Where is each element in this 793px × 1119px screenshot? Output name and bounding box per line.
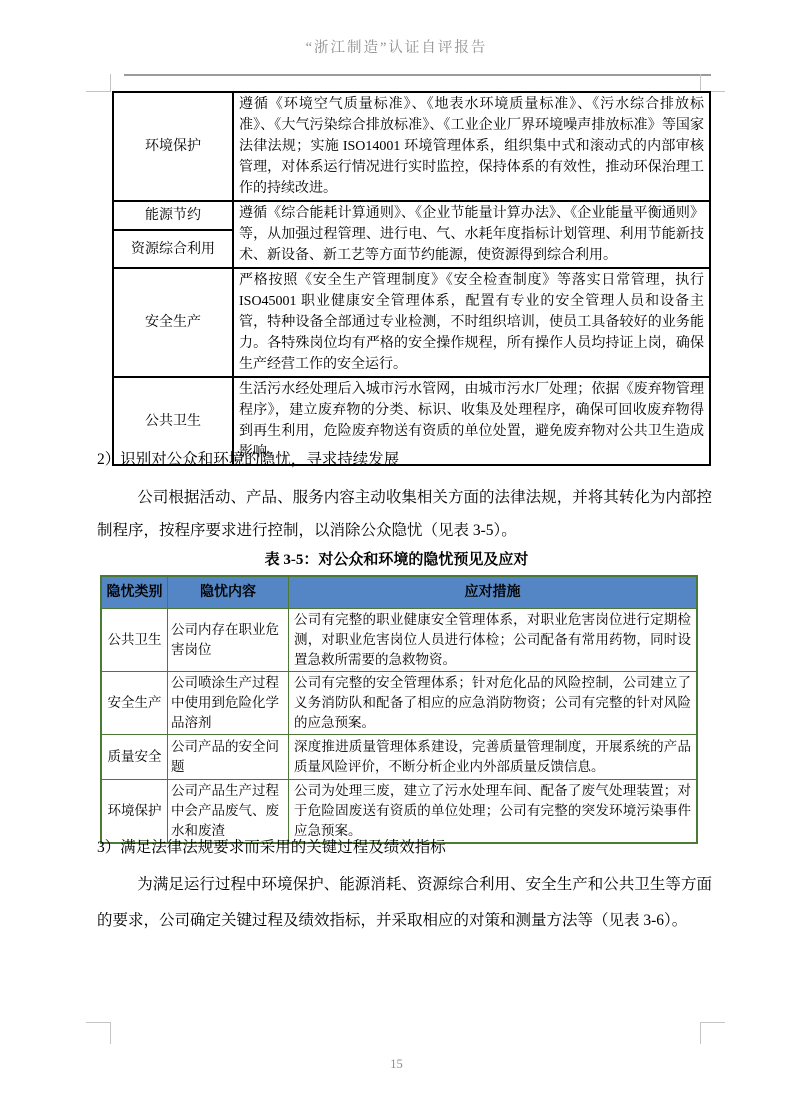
concern-category: 公共卫生 (101, 609, 168, 672)
section-2: 2）识别对公众和环境的隐忧，寻求持续发展 公司根据活动、产品、服务内容主动收集相… (97, 448, 712, 547)
table-header-row: 隐忧类别 隐忧内容 应对措施 (101, 576, 697, 609)
row-label: 能源节约 (113, 201, 233, 230)
page-number: 15 (0, 1057, 793, 1072)
row-label: 资源综合利用 (113, 230, 233, 268)
column-header: 隐忧类别 (101, 576, 168, 609)
margin-mark-bottom-right (700, 1022, 725, 1044)
row-content: 遵循《综合能耗计算通则》、《企业节能量计算办法》、《企业能量平衡通则》等，从加强… (233, 201, 710, 268)
column-header: 隐忧内容 (168, 576, 289, 609)
table-row: 安全生产 严格按照《安全生产管理制度》《安全检查制度》等落实日常管理，执行 IS… (113, 268, 710, 377)
section-3-paragraph: 为满足运行过程中环境保护、能源消耗、资源综合利用、安全生产和公共卫生等方面的要求… (97, 867, 712, 938)
concern-measures: 公司有完整的职业健康安全管理体系，对职业危害岗位进行定期检测，对职业危害岗位人员… (289, 609, 698, 672)
document-page: “浙江制造”认证自评报告 环境保护 遵循《环境空气质量标准》、《地表水环境质量标… (0, 0, 793, 1119)
row-label: 环境保护 (113, 92, 233, 201)
concern-measures: 公司有完整的安全管理体系；针对危化品的风险控制，公司建立了义务消防队和配备了相应… (289, 672, 698, 735)
table-row: 公共卫生 公司内存在职业危害岗位 公司有完整的职业健康安全管理体系，对职业危害岗… (101, 609, 697, 672)
table-row: 环境保护 公司产品生产过程中会产品废气、废水和废渣 公司为处理三废，建立了污水处… (101, 780, 697, 844)
legal-compliance-table: 环境保护 遵循《环境空气质量标准》、《地表水环境质量标准》、《污水综合排放标准》… (112, 91, 711, 466)
table-row: 质量安全 公司产品的安全问题 深度推进质量管理体系建设，完善质量管理制度，开展系… (101, 735, 697, 780)
margin-mark-top-left (86, 74, 111, 92)
concern-measures: 深度推进质量管理体系建设，完善质量管理制度，开展系统的产品质量风险评价，不断分析… (289, 735, 698, 780)
concern-content: 公司喷涂生产过程中使用到危险化学品溶剂 (168, 672, 289, 735)
row-content: 严格按照《安全生产管理制度》《安全检查制度》等落实日常管理，执行 ISO4500… (233, 268, 710, 377)
concerns-response-table: 隐忧类别 隐忧内容 应对措施 公共卫生 公司内存在职业危害岗位 公司有完整的职业… (100, 575, 698, 844)
margin-mark-bottom-left (86, 1022, 111, 1044)
table-row: 能源节约 遵循《综合能耗计算通则》、《企业节能量计算办法》、《企业能量平衡通则》… (113, 201, 710, 230)
table-3-5-title: 表 3-5：对公众和环境的隐忧预见及应对 (0, 548, 793, 569)
section-2-paragraph: 公司根据活动、产品、服务内容主动收集相关方面的法律法规，并将其转化为内部控制程序… (97, 481, 712, 547)
margin-mark-top-right (700, 74, 725, 92)
header-divider (124, 74, 711, 76)
row-label: 安全生产 (113, 268, 233, 377)
page-header-title: “浙江制造”认证自评报告 (0, 36, 793, 57)
table-row: 环境保护 遵循《环境空气质量标准》、《地表水环境质量标准》、《污水综合排放标准》… (113, 92, 710, 201)
section-3-heading: 3）满足法律法规要求而采用的关键过程及绩效指标 (97, 836, 712, 860)
concern-category: 环境保护 (101, 780, 168, 844)
table-row: 安全生产 公司喷涂生产过程中使用到危险化学品溶剂 公司有完整的安全管理体系；针对… (101, 672, 697, 735)
concern-category: 安全生产 (101, 672, 168, 735)
concern-content: 公司内存在职业危害岗位 (168, 609, 289, 672)
concern-content: 公司产品生产过程中会产品废气、废水和废渣 (168, 780, 289, 844)
concern-content: 公司产品的安全问题 (168, 735, 289, 780)
column-header: 应对措施 (289, 576, 698, 609)
section-2-heading: 2）识别对公众和环境的隐忧，寻求持续发展 (97, 448, 712, 472)
section-3: 3）满足法律法规要求而采用的关键过程及绩效指标 为满足运行过程中环境保护、能源消… (97, 836, 712, 938)
concern-category: 质量安全 (101, 735, 168, 780)
concern-measures: 公司为处理三废，建立了污水处理车间、配备了废气处理装置；对于危险固废送有资质的单… (289, 780, 698, 844)
row-content: 遵循《环境空气质量标准》、《地表水环境质量标准》、《污水综合排放标准》、《大气污… (233, 92, 710, 201)
